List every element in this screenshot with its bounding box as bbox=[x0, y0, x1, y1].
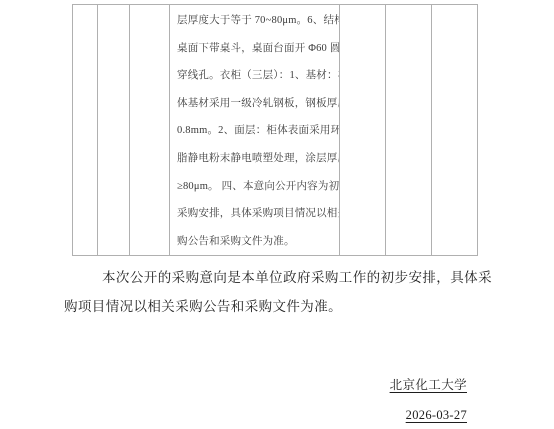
table-cell-empty-3 bbox=[130, 5, 170, 255]
description-line: 穿线孔。衣柜（三层）：1、基材：柜 bbox=[177, 62, 334, 90]
description-line: 体基材采用一级冷轧钢板，钢板厚度 bbox=[177, 90, 334, 118]
organization-name: 北京化工大学 bbox=[390, 375, 467, 393]
table-cell-empty-6 bbox=[432, 5, 477, 255]
description-line: 0.8mm。2、面层：柜体表面采用环氧树 bbox=[177, 117, 334, 145]
table-cell-project-description: 层厚度大于等于 70~80μm。6、结构：桌面下带桌斗，桌面台面开 Φ60 圆形… bbox=[170, 5, 340, 255]
description-line: 层厚度大于等于 70~80μm。6、结构： bbox=[177, 7, 334, 35]
closing-paragraph: 本次公开的采购意向是本单位政府采购工作的初步安排，具体采购项目情况以相关采购公告… bbox=[64, 264, 492, 321]
description-line: ≥80μm。 四、本意向公开内容为初步 bbox=[177, 173, 334, 201]
table-cell-empty-2 bbox=[98, 5, 130, 255]
description-line: 脂静电粉末静电喷塑处理，涂层厚度 bbox=[177, 145, 334, 173]
document-page: 层厚度大于等于 70~80μm。6、结构：桌面下带桌斗，桌面台面开 Φ60 圆形… bbox=[0, 0, 554, 429]
table-cell-empty-1 bbox=[73, 5, 98, 255]
project-description-text: 层厚度大于等于 70~80μm。6、结构：桌面下带桌斗，桌面台面开 Φ60 圆形… bbox=[170, 5, 339, 255]
table-cell-empty-5 bbox=[386, 5, 432, 255]
publish-date: 2026-03-27 bbox=[390, 408, 467, 423]
procurement-table: 层厚度大于等于 70~80μm。6、结构：桌面下带桌斗，桌面台面开 Φ60 圆形… bbox=[72, 4, 478, 256]
description-line: 购公告和采购文件为准。 bbox=[177, 228, 334, 255]
signature-block: 北京化工大学 2026-03-27 bbox=[390, 375, 467, 423]
description-line: 采购安排，具体采购项目情况以相关采 bbox=[177, 200, 334, 228]
table-cell-empty-4 bbox=[340, 5, 386, 255]
description-line: 桌面下带桌斗，桌面台面开 Φ60 圆形 bbox=[177, 35, 334, 63]
